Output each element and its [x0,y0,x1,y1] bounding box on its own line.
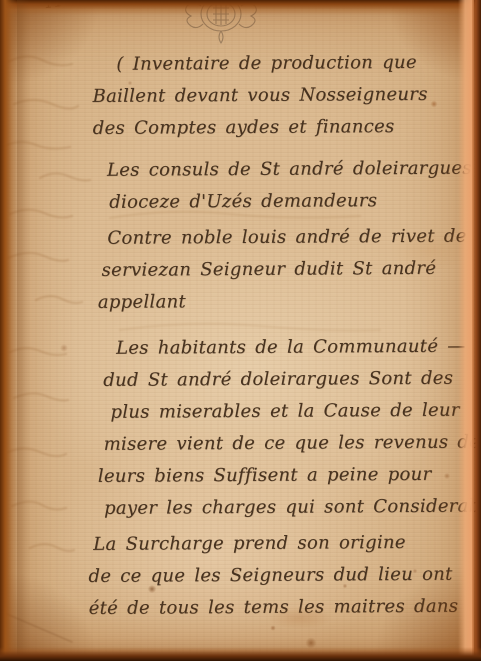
manuscript-line: dud St andré doleirargues Sont des [103,363,481,397]
manuscript-line: Les habitants de la Communauté — [116,331,481,365]
manuscript-page: 11 ( Inventaire de production que Baille… [0,0,481,661]
manuscript-line: ( Inventaire de production que [116,47,479,81]
manuscript-line: leurs biens Suffisent a peine pour [98,459,481,493]
manuscript-line: été de tous les tems les maitres dans [89,591,481,625]
manuscript-line: payer les charges qui sont Considerables [104,491,481,525]
manuscript-line: appellant [98,285,481,319]
page-edge-bottom [0,647,481,661]
manuscript-line: de ce que les Seigneurs dud lieu ont [88,559,481,593]
manuscript-line: Contre noble louis andré de rivet de — [107,221,480,255]
manuscript-line: dioceze d'Uzés demandeurs [109,185,480,219]
page-number: 11 [43,0,64,12]
manuscript-text: ( Inventaire de production que Baillent … [0,47,481,626]
manuscript-line: plus miserables et la Cause de leur [110,395,481,429]
manuscript-line: La Surcharge prend son origine [93,527,481,561]
manuscript-line: des Comptes aydes et finances [93,111,480,145]
manuscript-line: Baillent devant vous Nosseigneurs [92,79,479,113]
manuscript-line: serviezan Seigneur dudit St andré [102,253,481,287]
manuscript-line: misere vient de ce que les revenus de [104,427,481,461]
official-ink-seal-stamp [180,0,262,48]
manuscript-line: Les consuls de St andré doleirargues [107,153,480,187]
